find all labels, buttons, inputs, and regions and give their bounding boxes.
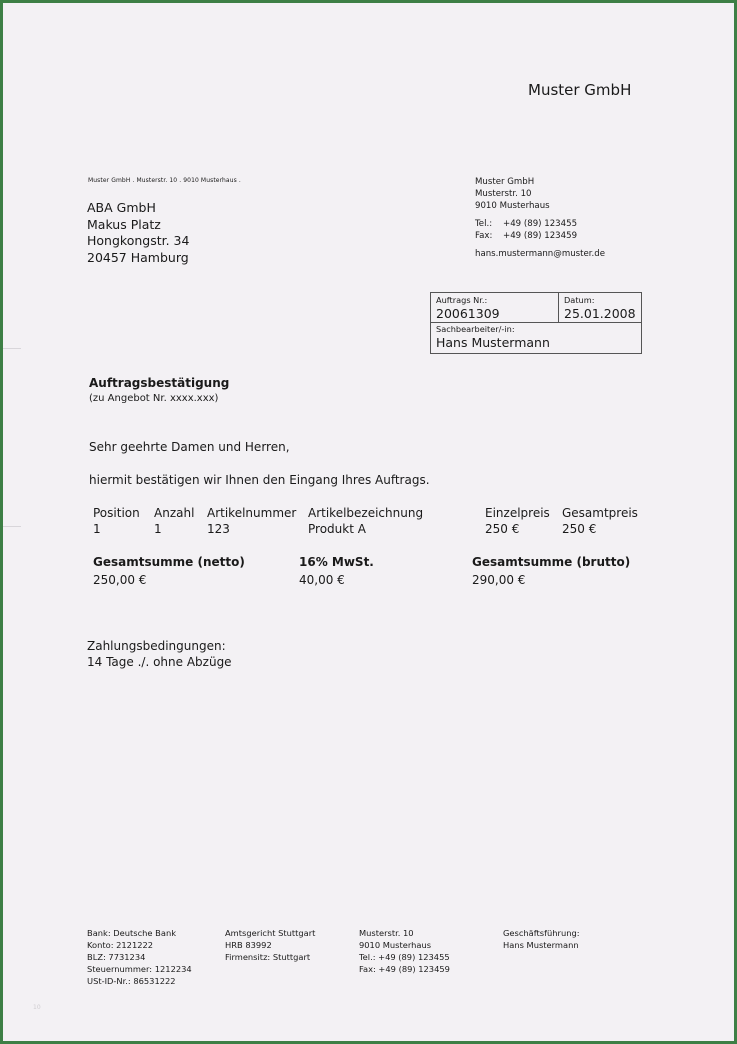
sender-address: Muster GmbH Musterstr. 10 9010 Musterhau… bbox=[475, 176, 605, 260]
col-header-article-number: Artikelnummer bbox=[207, 506, 296, 520]
gross-total-value: 290,00 € bbox=[472, 573, 525, 587]
footer-bank-info: Bank: Deutsche Bank Konto: 2121222 BLZ: … bbox=[87, 927, 192, 987]
net-total-value: 250,00 € bbox=[93, 573, 146, 587]
table-cell: 123 bbox=[207, 522, 230, 536]
page-number: 10 bbox=[33, 1004, 41, 1011]
table-cell: Produkt A bbox=[308, 522, 366, 536]
salutation: Sehr geehrte Damen und Herren, bbox=[89, 440, 290, 454]
payment-terms: 14 Tage ./. ohne Abzüge bbox=[87, 655, 232, 669]
recipient-line: 20457 Hamburg bbox=[87, 250, 189, 267]
recipient-address: ABA GmbH Makus Platz Hongkongstr. 34 204… bbox=[87, 200, 189, 266]
footer-court-info: Amtsgericht Stuttgart HRB 83992 Firmensi… bbox=[225, 927, 315, 963]
letter-page: Muster GmbH Muster GmbH . Musterstr. 10 … bbox=[3, 3, 734, 1041]
vat-label: 16% MwSt. bbox=[299, 555, 374, 569]
fold-mark-bottom bbox=[3, 526, 21, 527]
company-title: Muster GmbH bbox=[528, 81, 631, 99]
order-info-box: Auftrags Nr.: 20061309 Datum: 25.01.2008… bbox=[430, 292, 642, 354]
col-header-unit-price: Einzelpreis bbox=[485, 506, 550, 520]
recipient-line: Hongkongstr. 34 bbox=[87, 233, 189, 250]
vat-value: 40,00 € bbox=[299, 573, 345, 587]
gross-total-label: Gesamtsumme (brutto) bbox=[472, 555, 630, 569]
sender-fax: Fax:+49 (89) 123459 bbox=[475, 230, 605, 242]
col-header-total-price: Gesamtpreis bbox=[562, 506, 638, 520]
sender-city: 9010 Musterhaus bbox=[475, 200, 605, 212]
subject-reference: (zu Angebot Nr. xxxx.xxx) bbox=[89, 393, 218, 404]
sender-tel: Tel.:+49 (89) 123455 bbox=[475, 218, 605, 230]
table-cell: 1 bbox=[93, 522, 101, 536]
table-cell: 250 € bbox=[562, 522, 596, 536]
payment-terms-label: Zahlungsbedingungen: bbox=[87, 639, 226, 653]
intro-text: hiermit bestätigen wir Ihnen den Eingang… bbox=[89, 473, 430, 487]
sender-street: Musterstr. 10 bbox=[475, 188, 605, 200]
recipient-line: ABA GmbH bbox=[87, 200, 189, 217]
col-header-position: Position bbox=[93, 506, 140, 520]
sender-email[interactable]: hans.mustermann@muster.de bbox=[475, 248, 605, 260]
clerk-label: Sachbearbeiter/-in: bbox=[436, 324, 515, 334]
footer-address: Musterstr. 10 9010 Musterhaus Tel.: +49 … bbox=[359, 927, 450, 975]
col-header-quantity: Anzahl bbox=[154, 506, 194, 520]
clerk-name: Hans Mustermann bbox=[436, 335, 550, 350]
table-cell: 250 € bbox=[485, 522, 519, 536]
order-number-label: Auftrags Nr.: bbox=[436, 295, 487, 305]
col-header-article-name: Artikelbezeichnung bbox=[308, 506, 423, 520]
date-label: Datum: bbox=[564, 295, 594, 305]
footer-management: Geschäftsführung: Hans Mustermann bbox=[503, 927, 580, 951]
recipient-line: Makus Platz bbox=[87, 217, 189, 234]
net-total-label: Gesamtsumme (netto) bbox=[93, 555, 245, 569]
sender-return-line: Muster GmbH . Musterstr. 10 . 9010 Muste… bbox=[88, 177, 241, 184]
fold-mark-top bbox=[3, 348, 21, 349]
table-cell: 1 bbox=[154, 522, 162, 536]
subject-heading: Auftragsbestätigung bbox=[89, 376, 229, 390]
date-value: 25.01.2008 bbox=[564, 306, 636, 321]
order-number: 20061309 bbox=[436, 306, 500, 321]
sender-name: Muster GmbH bbox=[475, 176, 605, 188]
